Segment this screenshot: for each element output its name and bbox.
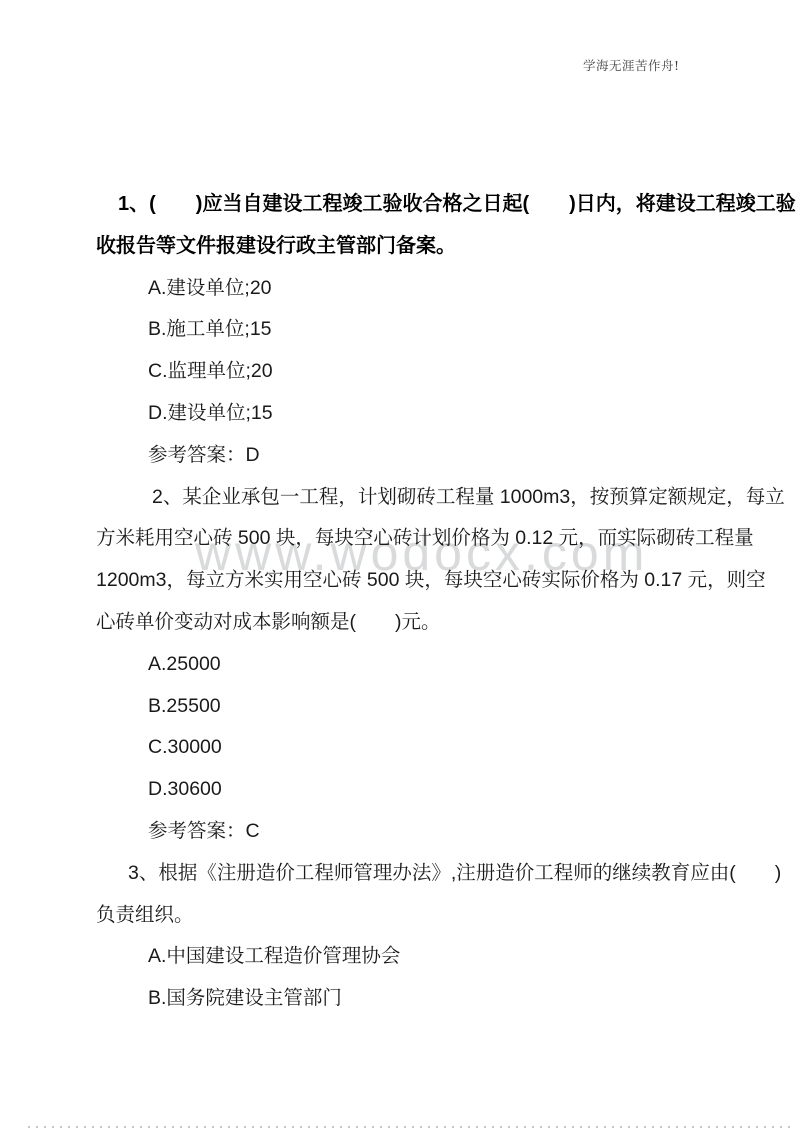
question-1-answer: 参考答案：D	[96, 435, 756, 477]
question-2-text-line: 1200m3，每立方米实用空心砖 500 块，每块空心砖实际价格为 0.17 元…	[96, 560, 756, 602]
page-bottom-dotted-divider	[28, 1126, 794, 1128]
question-2-answer: 参考答案：C	[96, 811, 756, 853]
question-2-text-line: 方米耗用空心砖 500 块，每块空心砖计划价格为 0.12 元，而实际砌砖工程量	[96, 518, 756, 560]
question-1-option-c: C.监理单位;20	[96, 351, 756, 393]
question-1: 1、( )应当自建设工程竣工验收合格之日起( )日内，将建设工程竣工验 收报告等…	[96, 184, 756, 477]
question-1-option-a: A.建设单位;20	[96, 268, 756, 310]
question-3-text-line: 3、根据《注册造价工程师管理办法》,注册造价工程师的继续教育应由( )	[96, 853, 756, 895]
question-1-text-line: 收报告等文件报建设行政主管部门备案。	[96, 226, 756, 268]
question-2-option-b: B.25500	[96, 686, 756, 728]
question-3-option-a: A.中国建设工程造价管理协会	[96, 936, 756, 978]
question-1-text-line: 1、( )应当自建设工程竣工验收合格之日起( )日内，将建设工程竣工验	[96, 184, 756, 226]
question-3-text-line: 负责组织。	[96, 895, 756, 937]
question-1-option-b: B.施工单位;15	[96, 309, 756, 351]
header-motto: 学海无涯苦作舟!	[583, 56, 680, 74]
question-2-option-c: C.30000	[96, 727, 756, 769]
question-2-text-line: 2、某企业承包一工程，计划砌砖工程量 1000m3，按预算定额规定，每立	[96, 477, 756, 519]
question-list: 1、( )应当自建设工程竣工验收合格之日起( )日内，将建设工程竣工验 收报告等…	[96, 184, 756, 1020]
question-2-option-d: D.30600	[96, 769, 756, 811]
question-1-option-d: D.建设单位;15	[96, 393, 756, 435]
question-2: 2、某企业承包一工程，计划砌砖工程量 1000m3，按预算定额规定，每立 方米耗…	[96, 477, 756, 853]
question-2-text-line: 心砖单价变动对成本影响额是( )元。	[96, 602, 756, 644]
question-2-option-a: A.25000	[96, 644, 756, 686]
question-3: 3、根据《注册造价工程师管理办法》,注册造价工程师的继续教育应由( ) 负责组织…	[96, 853, 756, 1020]
question-3-option-b: B.国务院建设主管部门	[96, 978, 756, 1020]
